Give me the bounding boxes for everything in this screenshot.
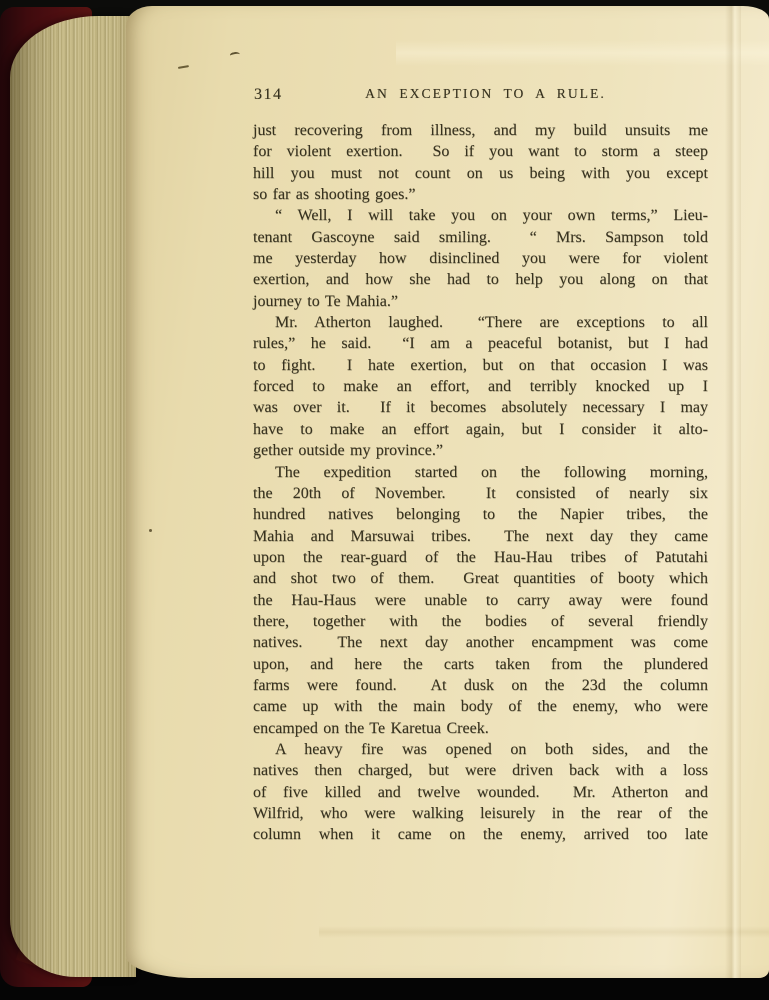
text-line: natives. The next day another encampment…	[253, 632, 708, 653]
text-line: Mahia and Marsuwai tribes. The next day …	[253, 526, 708, 547]
text-line: of five killed and twelve wounded. Mr. A…	[253, 782, 708, 803]
text-line: A heavy fire was opened on both sides, a…	[253, 739, 708, 760]
page-number: 314	[254, 86, 283, 104]
ink-smudge-dash	[178, 65, 189, 69]
page-crease	[725, 6, 741, 978]
page-edge-stack	[10, 16, 136, 977]
text-line: me yesterday how disinclined you were fo…	[253, 248, 708, 269]
running-title: AN EXCEPTION TO A RULE.	[253, 86, 708, 102]
text-line: and shot two of them. Great quantities o…	[253, 568, 708, 589]
text-line: just recovering from illness, and my bui…	[253, 120, 708, 141]
text-line: gether outside my province.”	[253, 440, 708, 461]
text-line: forced to make an effort, and terribly k…	[253, 376, 708, 397]
text-line: so far as shooting goes.”	[253, 184, 708, 205]
text-line: the 20th of November. It consisted of ne…	[253, 483, 708, 504]
scan-light-band-top	[396, 40, 769, 66]
ink-smudge-curl	[229, 51, 240, 59]
text-line: came up with the main body of the enemy,…	[253, 696, 708, 717]
text-line: encamped on the Te Karetua Creek.	[253, 718, 708, 739]
scan-light-band-bottom	[319, 926, 769, 938]
text-line: journey to Te Mahia.”	[253, 291, 708, 312]
text-line: natives then charged, but were driven ba…	[253, 760, 708, 781]
text-line: hill you must not count on us being with…	[253, 163, 708, 184]
book-page: 314 AN EXCEPTION TO A RULE. just recover…	[126, 6, 769, 978]
page-header: 314 AN EXCEPTION TO A RULE.	[253, 86, 708, 103]
text-line: to fight. I hate exertion, but on that o…	[253, 355, 708, 376]
text-line: for violent exertion. So if you want to …	[253, 141, 708, 162]
text-line: upon the rear-guard of the Hau-Hau tribe…	[253, 547, 708, 568]
text-line: was over it. If it becomes absolutely ne…	[253, 397, 708, 418]
text-line: “ Well, I will take you on your own term…	[253, 205, 708, 226]
printed-content: 314 AN EXCEPTION TO A RULE. just recover…	[253, 86, 708, 846]
text-line: rules,” he said. “I am a peaceful botani…	[253, 333, 708, 354]
text-line: upon, and here the carts taken from the …	[253, 654, 708, 675]
text-line: the Hau-Haus were unable to carry away w…	[253, 590, 708, 611]
scanned-book-photo: 314 AN EXCEPTION TO A RULE. just recover…	[0, 0, 769, 1000]
text-line: Mr. Atherton laughed. “There are excepti…	[253, 312, 708, 333]
ink-smudge-dot	[149, 529, 152, 532]
text-line: column when it came on the enemy, arrive…	[253, 824, 708, 845]
page-text: just recovering from illness, and my bui…	[253, 120, 708, 846]
text-line: tenant Gascoyne said smiling. “ Mrs. Sam…	[253, 227, 708, 248]
text-line: there, together with the bodies of sever…	[253, 611, 708, 632]
text-line: hundred natives belonging to the Napier …	[253, 504, 708, 525]
text-line: have to make an effort again, but I cons…	[253, 419, 708, 440]
text-line: exertion, and how she had to help you al…	[253, 269, 708, 290]
text-line: Wilfrid, who were walking leisurely in t…	[253, 803, 708, 824]
text-line: farms were found. At dusk on the 23d the…	[253, 675, 708, 696]
text-line: The expedition started on the following …	[253, 462, 708, 483]
